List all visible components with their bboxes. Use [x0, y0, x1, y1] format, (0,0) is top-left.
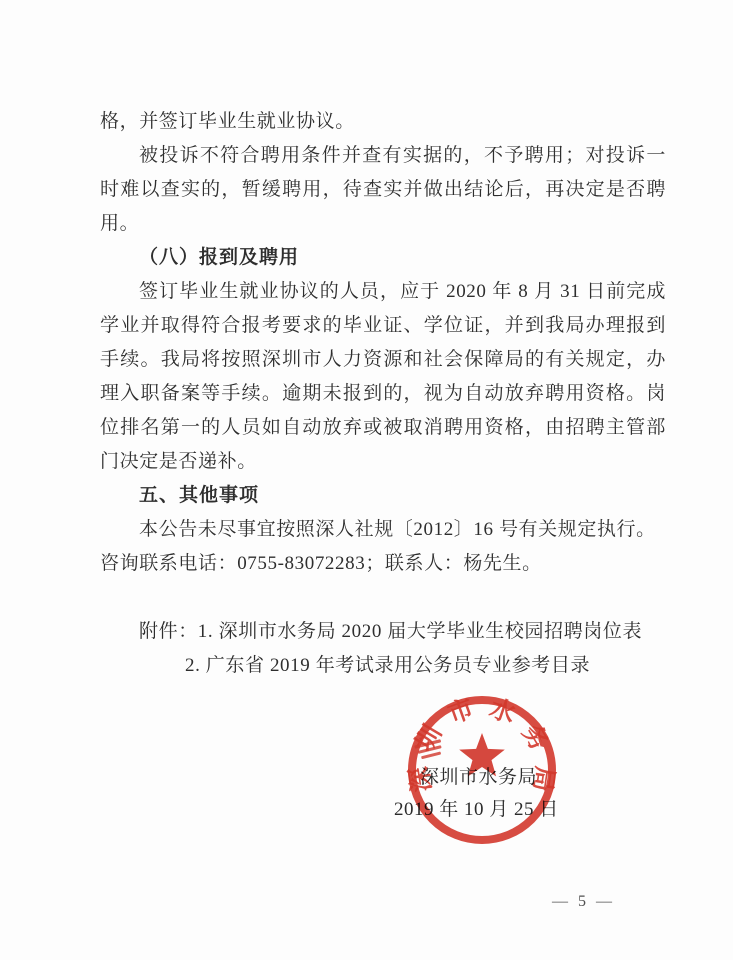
- text-line: 门决定是否递补。: [100, 445, 666, 479]
- text-line: 手续。我局将按照深圳市人力资源和社会保障局的有关规定，办: [100, 343, 666, 377]
- star-icon: [459, 733, 505, 776]
- text-line: 时难以查实的，暂缓聘用，待查实并做出结论后，再决定是否聘: [100, 173, 666, 207]
- text-line: 咨询联系电话：0755-83072283；联系人：杨先生。: [100, 547, 666, 581]
- text-line: 附件：1. 深圳市水务局 2020 届大学毕业生校园招聘岗位表: [100, 615, 666, 649]
- text-line: 本公告未尽事宜按照深人社规〔2012〕16 号有关规定执行。: [100, 513, 666, 547]
- text-line: 格，并签订毕业生就业协议。: [100, 105, 666, 139]
- text-line: 学业并取得符合报考要求的毕业证、学位证，并到我局办理报到: [100, 309, 666, 343]
- page-number: — 5 —: [552, 892, 615, 912]
- document-page: 格，并签订毕业生就业协议。被投诉不符合聘用条件并查有实据的，不予聘用；对投诉一时…: [0, 0, 733, 960]
- text-line: 签订毕业生就业协议的人员，应于 2020 年 8 月 31 日前完成: [100, 275, 666, 309]
- text-lines: 格，并签订毕业生就业协议。被投诉不符合聘用条件并查有实据的，不予聘用；对投诉一时…: [100, 105, 666, 683]
- text-line: 理入职备案等手续。逾期未报到的，视为自动放弃聘用资格。岗: [100, 377, 666, 411]
- text-line: 被投诉不符合聘用条件并查有实据的，不予聘用；对投诉一: [100, 139, 666, 173]
- official-seal-stamp: 深圳市水务局: [403, 691, 561, 849]
- text-line: [100, 581, 666, 615]
- text-line: 位排名第一的人员如自动放弃或被取消聘用资格，由招聘主管部: [100, 411, 666, 445]
- document-body: 格，并签订毕业生就业协议。被投诉不符合聘用条件并查有实据的，不予聘用；对投诉一时…: [100, 105, 666, 683]
- text-line: 2. 广东省 2019 年考试录用公务员专业参考目录: [100, 649, 666, 683]
- text-line: （八）报到及聘用: [100, 241, 666, 275]
- text-line: 五、其他事项: [100, 479, 666, 513]
- text-line: 用。: [100, 207, 666, 241]
